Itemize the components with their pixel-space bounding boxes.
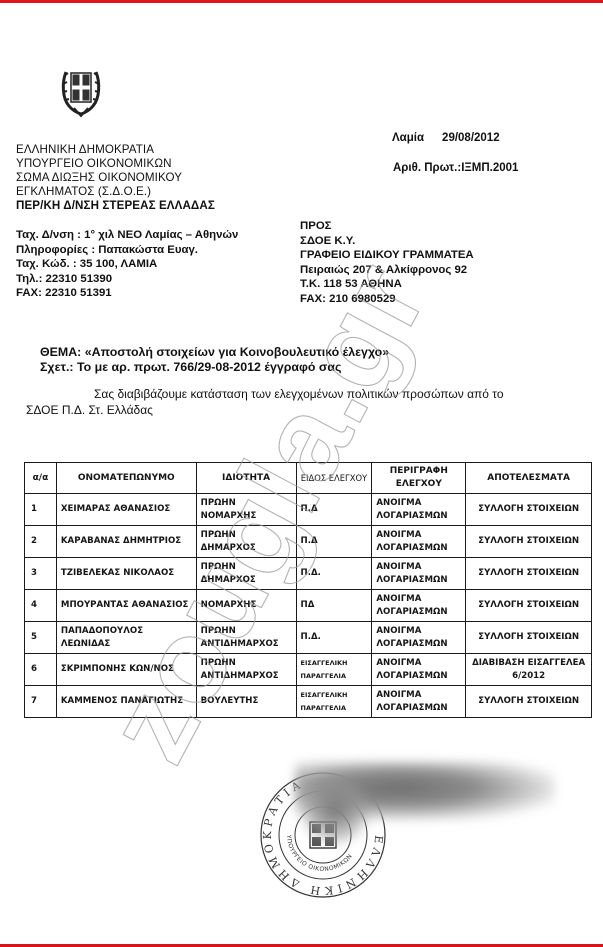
place: Λαμία: [392, 132, 424, 144]
redacted-signature-blob: [300, 775, 370, 845]
recipient-line: FAX: 210 6980529: [300, 292, 474, 307]
sender-line: ΥΠΟΥΡΓΕΙΟ ΟΙΚΟΝΟΜΙΚΩΝ: [16, 157, 215, 171]
row-name: ΚΑΡΑΒΑΝΑΣ ΔΗΜΗΤΡΙΟΣ: [56, 526, 196, 558]
header-results: ΑΠΟΤΕΛΕΣΜΑΤΑ: [466, 463, 592, 494]
table-row: 1ΧΕΙΜΑΡΑΣ ΑΘΑΝΑΣΙΟΣΠΡΩΗΝ ΝΟΜΑΡΧΗΣΠ.ΔΑΝΟΙ…: [25, 494, 592, 526]
row-index: 1: [25, 494, 57, 526]
row-index: 5: [25, 622, 57, 654]
row-capacity: ΠΡΩΗΝ ΑΝΤΙΔΗΜΑΡΧΟΣ: [196, 622, 296, 654]
contact-address: Ταχ. Δ/νση : 1° χιλ ΝΕΟ Λαμίας – Αθηνών: [16, 228, 238, 243]
row-result: ΣΥΛΛΟΓΗ ΣΤΟΙΧΕΙΩΝ: [466, 494, 592, 526]
row-index: 2: [25, 526, 57, 558]
sender-line: ΕΓΚΛΗΜΑΤΟΣ (Σ.Δ.Ο.Ε.): [16, 185, 215, 199]
row-index: 4: [25, 590, 57, 622]
recipient-line: ΣΔΟΕ Κ.Υ.: [300, 234, 474, 249]
table-row: 7ΚΑΜΜΕΝΟΣ ΠΑΝΑΓΙΩΤΗΣΒΟΥΛΕΥΤΗΣΕΙΣΑΓΓΕΛΙΚΗ…: [25, 686, 592, 718]
row-result: ΣΥΛΛΟΓΗ ΣΤΟΙΧΕΙΩΝ: [466, 590, 592, 622]
row-result: ΣΥΛΛΟΓΗ ΣΤΟΙΧΕΙΩΝ: [466, 686, 592, 718]
date: 29/08/2012: [442, 132, 500, 144]
subject-topic: ΘΕΜΑ: «Αποστολή στοιχείων για Κοινοβουλε…: [40, 345, 389, 360]
sender-line: ΣΩΜΑ ΔΙΩΞΗΣ ΟΙΚΟΝΟΜΙΚΟΥ: [16, 171, 215, 185]
row-audit-description: ΑΝΟΙΓΜΑ ΛΟΓΑΡΙΑΣΜΩΝ: [372, 686, 466, 718]
row-audit-type: Π.Δ.: [296, 622, 372, 654]
row-audit-type: ΕΙΣΑΓΓΕΛΙΚΗ ΠΑΡΑΓΓΕΛΙΑ: [296, 686, 372, 718]
sender-division: ΠΕΡ/ΚΗ Δ/ΝΣΗ ΣΤΕΡΕΑΣ ΕΛΛΑΔΑΣ: [16, 199, 215, 213]
contact-phone: Τηλ.: 22310 51390: [16, 272, 238, 287]
table-header-row: α/α ΟΝΟΜΑΤΕΠΩΝΥΜΟ ΙΔΙΟΤΗΤΑ ΕΙΔΟΣ ΕΛΕΓΧΟΥ…: [25, 463, 592, 494]
row-index: 6: [25, 654, 57, 686]
row-capacity: ΠΡΩΗΝ ΑΝΤΙΔΗΜΑΡΧΟΣ: [196, 654, 296, 686]
body-paragraph: Σας διαβιβάζουμε κατάσταση των ελεγχομέν…: [26, 386, 596, 418]
recipient-line: Τ.Κ. 118 53 ΑΘΗΝΑ: [300, 277, 474, 292]
table-row: 3ΤΖΙΒΕΛΕΚΑΣ ΝΙΚΟΛΑΟΣΠΡΩΗΝ ΔΗΜΑΡΧΟΣΠ.Δ.ΑΝ…: [25, 558, 592, 590]
greek-coat-of-arms-icon: [60, 64, 102, 118]
body-line: ΣΔΟΕ Π.Δ. Στ. Ελλάδας: [26, 403, 153, 417]
contact-postal: Ταχ. Κώδ. : 35 100, ΛΑΜΙΑ: [16, 257, 238, 272]
politicians-audit-table: α/α ΟΝΟΜΑΤΕΠΩΝΥΜΟ ΙΔΙΟΤΗΤΑ ΕΙΔΟΣ ΕΛΕΓΧΟΥ…: [24, 462, 592, 718]
body-line: Σας διαβιβάζουμε κατάσταση των ελεγχομέν…: [26, 386, 596, 402]
table-row: 5ΠΑΠΑΔΟΠΟΥΛΟΣ ΛΕΩΝΙΔΑΣΠΡΩΗΝ ΑΝΤΙΔΗΜΑΡΧΟΣ…: [25, 622, 592, 654]
date-line: Λαμία29/08/2012: [392, 132, 500, 144]
row-capacity: ΠΡΩΗΝ ΔΗΜΑΡΧΟΣ: [196, 526, 296, 558]
row-audit-type: Π.Δ.: [296, 558, 372, 590]
row-audit-description: ΑΝΟΙΓΜΑ ΛΟΓΑΡΙΑΣΜΩΝ: [372, 654, 466, 686]
header-name: ΟΝΟΜΑΤΕΠΩΝΥΜΟ: [56, 463, 196, 494]
subject-block: ΘΕΜΑ: «Αποστολή στοιχείων για Κοινοβουλε…: [40, 345, 389, 375]
row-name: ΜΠΟΥΡΑΝΤΑΣ ΑΘΑΝΑΣΙΟΣ: [56, 590, 196, 622]
row-name: ΤΖΙΒΕΛΕΚΑΣ ΝΙΚΟΛΑΟΣ: [56, 558, 196, 590]
protocol-number: Αριθ. Πρωτ.:ΙΞΜΠ.2001: [393, 162, 518, 174]
table-row: 6ΣΚΡΙΜΠΟΝΗΣ ΚΩΝ/ΝΟΣΠΡΩΗΝ ΑΝΤΙΔΗΜΑΡΧΟΣΕΙΣ…: [25, 654, 592, 686]
subject-reference: Σχετ.: Το με αρ. πρωτ. 766/29-08-2012 έγ…: [40, 360, 389, 375]
recipient-line: ΓΡΑΦΕΙΟ ΕΙΔΙΚΟΥ ΓΡΑΜΜΑΤΕΑ: [300, 248, 474, 263]
row-audit-type: Π.Δ: [296, 494, 372, 526]
sender-line: ΕΛΛΗΝΙΚΗ ΔΗΜΟΚΡΑΤΙΑ: [16, 143, 215, 157]
row-audit-description: ΑΝΟΙΓΜΑ ΛΟΓΑΡΙΑΣΜΩΝ: [372, 622, 466, 654]
row-capacity: ΒΟΥΛΕΥΤΗΣ: [196, 686, 296, 718]
top-frame-border: [0, 0, 603, 3]
row-result: ΣΥΛΛΟΓΗ ΣΤΟΙΧΕΙΩΝ: [466, 622, 592, 654]
row-capacity: ΠΡΩΗΝ ΔΗΜΑΡΧΟΣ: [196, 558, 296, 590]
contact-fax: FAX: 22310 51391: [16, 286, 238, 301]
row-audit-type: ΠΔ: [296, 590, 372, 622]
header-index: α/α: [25, 463, 57, 494]
row-audit-type: Π.Δ: [296, 526, 372, 558]
recipient-line: Πειραιώς 207 & Αλκίφρονος 92: [300, 263, 474, 278]
recipient-line: ΠΡΟΣ: [300, 219, 474, 234]
row-result: ΣΥΛΛΟΓΗ ΣΤΟΙΧΕΙΩΝ: [466, 526, 592, 558]
row-result: ΔΙΑΒΙΒΑΣΗ ΕΙΣΑΓΓΕΛΕΑ 6/2012: [466, 654, 592, 686]
row-capacity: ΝΟΜΑΡΧΗΣ: [196, 590, 296, 622]
recipient-block: ΠΡΟΣ ΣΔΟΕ Κ.Υ. ΓΡΑΦΕΙΟ ΕΙΔΙΚΟΥ ΓΡΑΜΜΑΤΕΑ…: [300, 219, 474, 307]
row-result: ΣΥΛΛΟΓΗ ΣΤΟΙΧΕΙΩΝ: [466, 558, 592, 590]
row-audit-description: ΑΝΟΙΓΜΑ ΛΟΓΑΡΙΑΣΜΩΝ: [372, 526, 466, 558]
row-name: ΣΚΡΙΜΠΟΝΗΣ ΚΩΝ/ΝΟΣ: [56, 654, 196, 686]
row-name: ΚΑΜΜΕΝΟΣ ΠΑΝΑΓΙΩΤΗΣ: [56, 686, 196, 718]
table-row: 4ΜΠΟΥΡΑΝΤΑΣ ΑΘΑΝΑΣΙΟΣΝΟΜΑΡΧΗΣΠΔΑΝΟΙΓΜΑ Λ…: [25, 590, 592, 622]
row-audit-description: ΑΝΟΙΓΜΑ ΛΟΓΑΡΙΑΣΜΩΝ: [372, 494, 466, 526]
row-index: 7: [25, 686, 57, 718]
contact-info: Πληροφορίες : Παπακώστα Ευαγ.: [16, 243, 238, 258]
header-audit-description: ΠΕΡΙΓΡΑΦΗ ΕΛΕΓΧΟΥ: [372, 463, 466, 494]
header-capacity: ΙΔΙΟΤΗΤΑ: [196, 463, 296, 494]
sender-block: ΕΛΛΗΝΙΚΗ ΔΗΜΟΚΡΑΤΙΑ ΥΠΟΥΡΓΕΙΟ ΟΙΚΟΝΟΜΙΚΩ…: [16, 143, 215, 213]
header-audit-type: ΕΙΔΟΣ ΕΛΕΓΧΟΥ: [296, 463, 372, 494]
row-name: ΧΕΙΜΑΡΑΣ ΑΘΑΝΑΣΙΟΣ: [56, 494, 196, 526]
row-index: 3: [25, 558, 57, 590]
contact-block: Ταχ. Δ/νση : 1° χιλ ΝΕΟ Λαμίας – Αθηνών …: [16, 228, 238, 301]
row-audit-description: ΑΝΟΙΓΜΑ ΛΟΓΑΡΙΑΣΜΩΝ: [372, 590, 466, 622]
row-capacity: ΠΡΩΗΝ ΝΟΜΑΡΧΗΣ: [196, 494, 296, 526]
table-row: 2ΚΑΡΑΒΑΝΑΣ ΔΗΜΗΤΡΙΟΣΠΡΩΗΝ ΔΗΜΑΡΧΟΣΠ.ΔΑΝΟ…: [25, 526, 592, 558]
row-name: ΠΑΠΑΔΟΠΟΥΛΟΣ ΛΕΩΝΙΔΑΣ: [56, 622, 196, 654]
row-audit-type: ΕΙΣΑΓΓΕΛΙΚΗ ΠΑΡΑΓΓΕΛΙΑ: [296, 654, 372, 686]
row-audit-description: ΑΝΟΙΓΜΑ ΛΟΓΑΡΙΑΣΜΩΝ: [372, 558, 466, 590]
